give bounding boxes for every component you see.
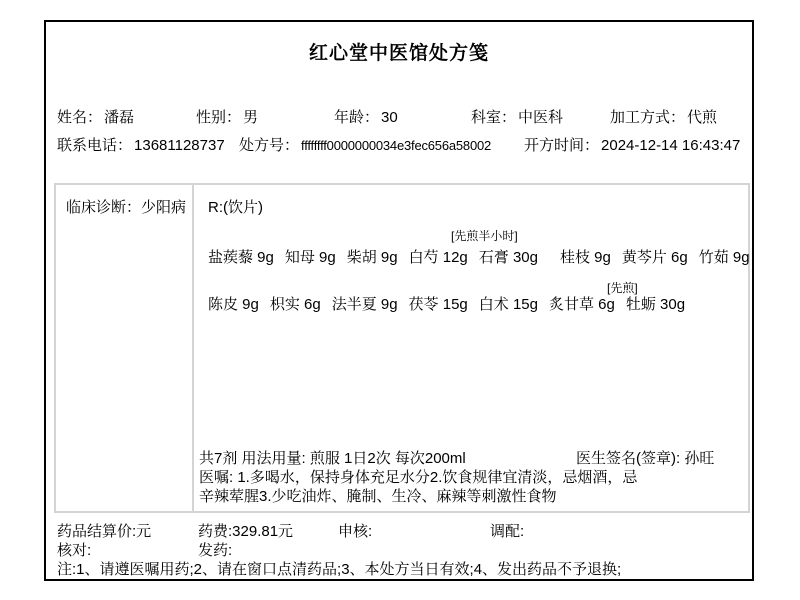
footer-note: 注:1、请遵医嘱用药;2、请在窗口点清药品;3、本处方当日有效;4、发出药品不予… <box>57 561 621 578</box>
medicine-item: 知母 9g <box>285 249 336 266</box>
field-open-time: 开方时间：2024-12-14 16:43:47 <box>524 137 740 155</box>
medicine-item: 盐蒺藜 9g <box>208 249 274 266</box>
column-divider <box>192 185 194 511</box>
settle-price-label: 药品结算价: <box>57 523 136 540</box>
age-value: 30 <box>381 109 398 126</box>
settle-price-value: 元 <box>136 523 151 540</box>
review-label: 申核: <box>338 523 372 540</box>
prepare-label: 调配: <box>490 523 524 540</box>
patient-name-value: 潘磊 <box>104 109 134 126</box>
rx-box: 临床诊断：少阳病 R:(饮片) [先煎半小时] 盐蒺藜 9g知母 9g柴胡 9g… <box>54 183 750 513</box>
medicine-item: 桂枝 9g <box>560 249 611 266</box>
open-time-label: 开方时间： <box>524 137 599 154</box>
diagnosis-value: 少阳病 <box>141 199 186 216</box>
medicine-item: 陈皮 9g <box>208 296 259 313</box>
patient-name-label: 姓名： <box>57 109 102 126</box>
department-value: 中医科 <box>518 109 563 126</box>
medicine-item: 竹茹 9g <box>699 249 750 266</box>
dispense-label: 发药: <box>198 542 232 559</box>
field-patient-name: 姓名：潘磊 <box>57 109 134 127</box>
processing-value: 代煎 <box>687 109 717 126</box>
fee-label: 药费: <box>198 523 232 540</box>
field-check: 核对: <box>57 542 91 559</box>
doctor-signature-value: 孙旺 <box>684 450 714 467</box>
medicine-item: 白术 15g <box>479 296 538 313</box>
medicine-item: 柴胡 9g <box>347 249 398 266</box>
medicine-item: 石膏 30g <box>479 249 538 266</box>
medicine-line-1: 盐蒺藜 9g知母 9g柴胡 9g白芍 12g石膏 30g桂枝 9g黄芩片 6g竹… <box>208 249 761 266</box>
diagnosis-label: 临床诊断： <box>66 199 141 216</box>
department-label: 科室： <box>471 109 516 126</box>
field-fee: 药费:329.81元 <box>198 523 293 540</box>
medicine-item: 枳实 6g <box>270 296 321 313</box>
advice-line-1: 医嘱: 1.多喝水，保持身体充足水分2.饮食规律宜清淡，忌烟酒，忌 <box>199 469 637 486</box>
page-title: 红心堂中医馆处方笺 <box>46 38 752 65</box>
field-prepare: 调配: <box>490 523 524 540</box>
pre-boil-30min-note: [先煎半小时] <box>451 228 518 245</box>
medicine-line-2: 陈皮 9g枳实 6g法半夏 9g茯苓 15g白术 15g炙甘草 6g牡蛎 30g <box>208 296 696 313</box>
field-diagnosis: 临床诊断：少阳病 <box>66 199 186 216</box>
age-label: 年龄： <box>334 109 379 126</box>
medicine-item: 茯苓 15g <box>409 296 468 313</box>
pre-boil-note: [先煎] <box>607 280 638 297</box>
phone-value: 13681128737 <box>134 137 225 154</box>
processing-label: 加工方式： <box>610 109 685 126</box>
advice-line-2: 辛辣荤腥3.少吃油炸、腌制、生冷、麻辣等刺激性食物 <box>199 488 557 505</box>
prescription-border: 红心堂中医馆处方笺 姓名：潘磊 性别：男 年龄：30 科室：中医科 加工方式：代… <box>44 20 754 581</box>
field-gender: 性别：男 <box>196 109 258 127</box>
rx-header: R:(饮片) <box>208 199 263 216</box>
prescription-page: 红心堂中医馆处方笺 姓名：潘磊 性别：男 年龄：30 科室：中医科 加工方式：代… <box>0 0 800 600</box>
usage-line: 共7剂 用法用量: 煎服 1日2次 每次200ml <box>199 450 466 467</box>
fee-value: 329.81元 <box>232 523 293 540</box>
medicine-item: 黄芩片 6g <box>622 249 688 266</box>
field-age: 年龄：30 <box>334 109 398 127</box>
check-label: 核对: <box>57 542 91 559</box>
rx-number-value: ffffffff0000000034e3fec656a58002 <box>301 138 491 153</box>
open-time-value: 2024-12-14 16:43:47 <box>601 137 740 154</box>
medicine-item: 牡蛎 30g <box>626 296 685 313</box>
field-dispense: 发药: <box>198 542 232 559</box>
rx-number-label: 处方号： <box>239 137 299 154</box>
field-doctor-signature: 医生签名(签章): 孙旺 <box>576 450 714 467</box>
field-review: 申核: <box>338 523 372 540</box>
field-department: 科室：中医科 <box>471 109 563 127</box>
medicine-item: 炙甘草 6g <box>549 296 615 313</box>
gender-value: 男 <box>243 109 258 126</box>
medicine-item: 法半夏 9g <box>332 296 398 313</box>
doctor-signature-label: 医生签名(签章): <box>576 450 684 467</box>
medicine-item: 白芍 12g <box>409 249 468 266</box>
gender-label: 性别： <box>196 109 241 126</box>
field-rx-number: 处方号：ffffffff0000000034e3fec656a58002 <box>239 137 491 155</box>
field-settle-price: 药品结算价:元 <box>57 523 151 540</box>
field-phone: 联系电话：13681128737 <box>57 137 225 155</box>
field-processing: 加工方式：代煎 <box>610 109 717 127</box>
phone-label: 联系电话： <box>57 137 132 154</box>
